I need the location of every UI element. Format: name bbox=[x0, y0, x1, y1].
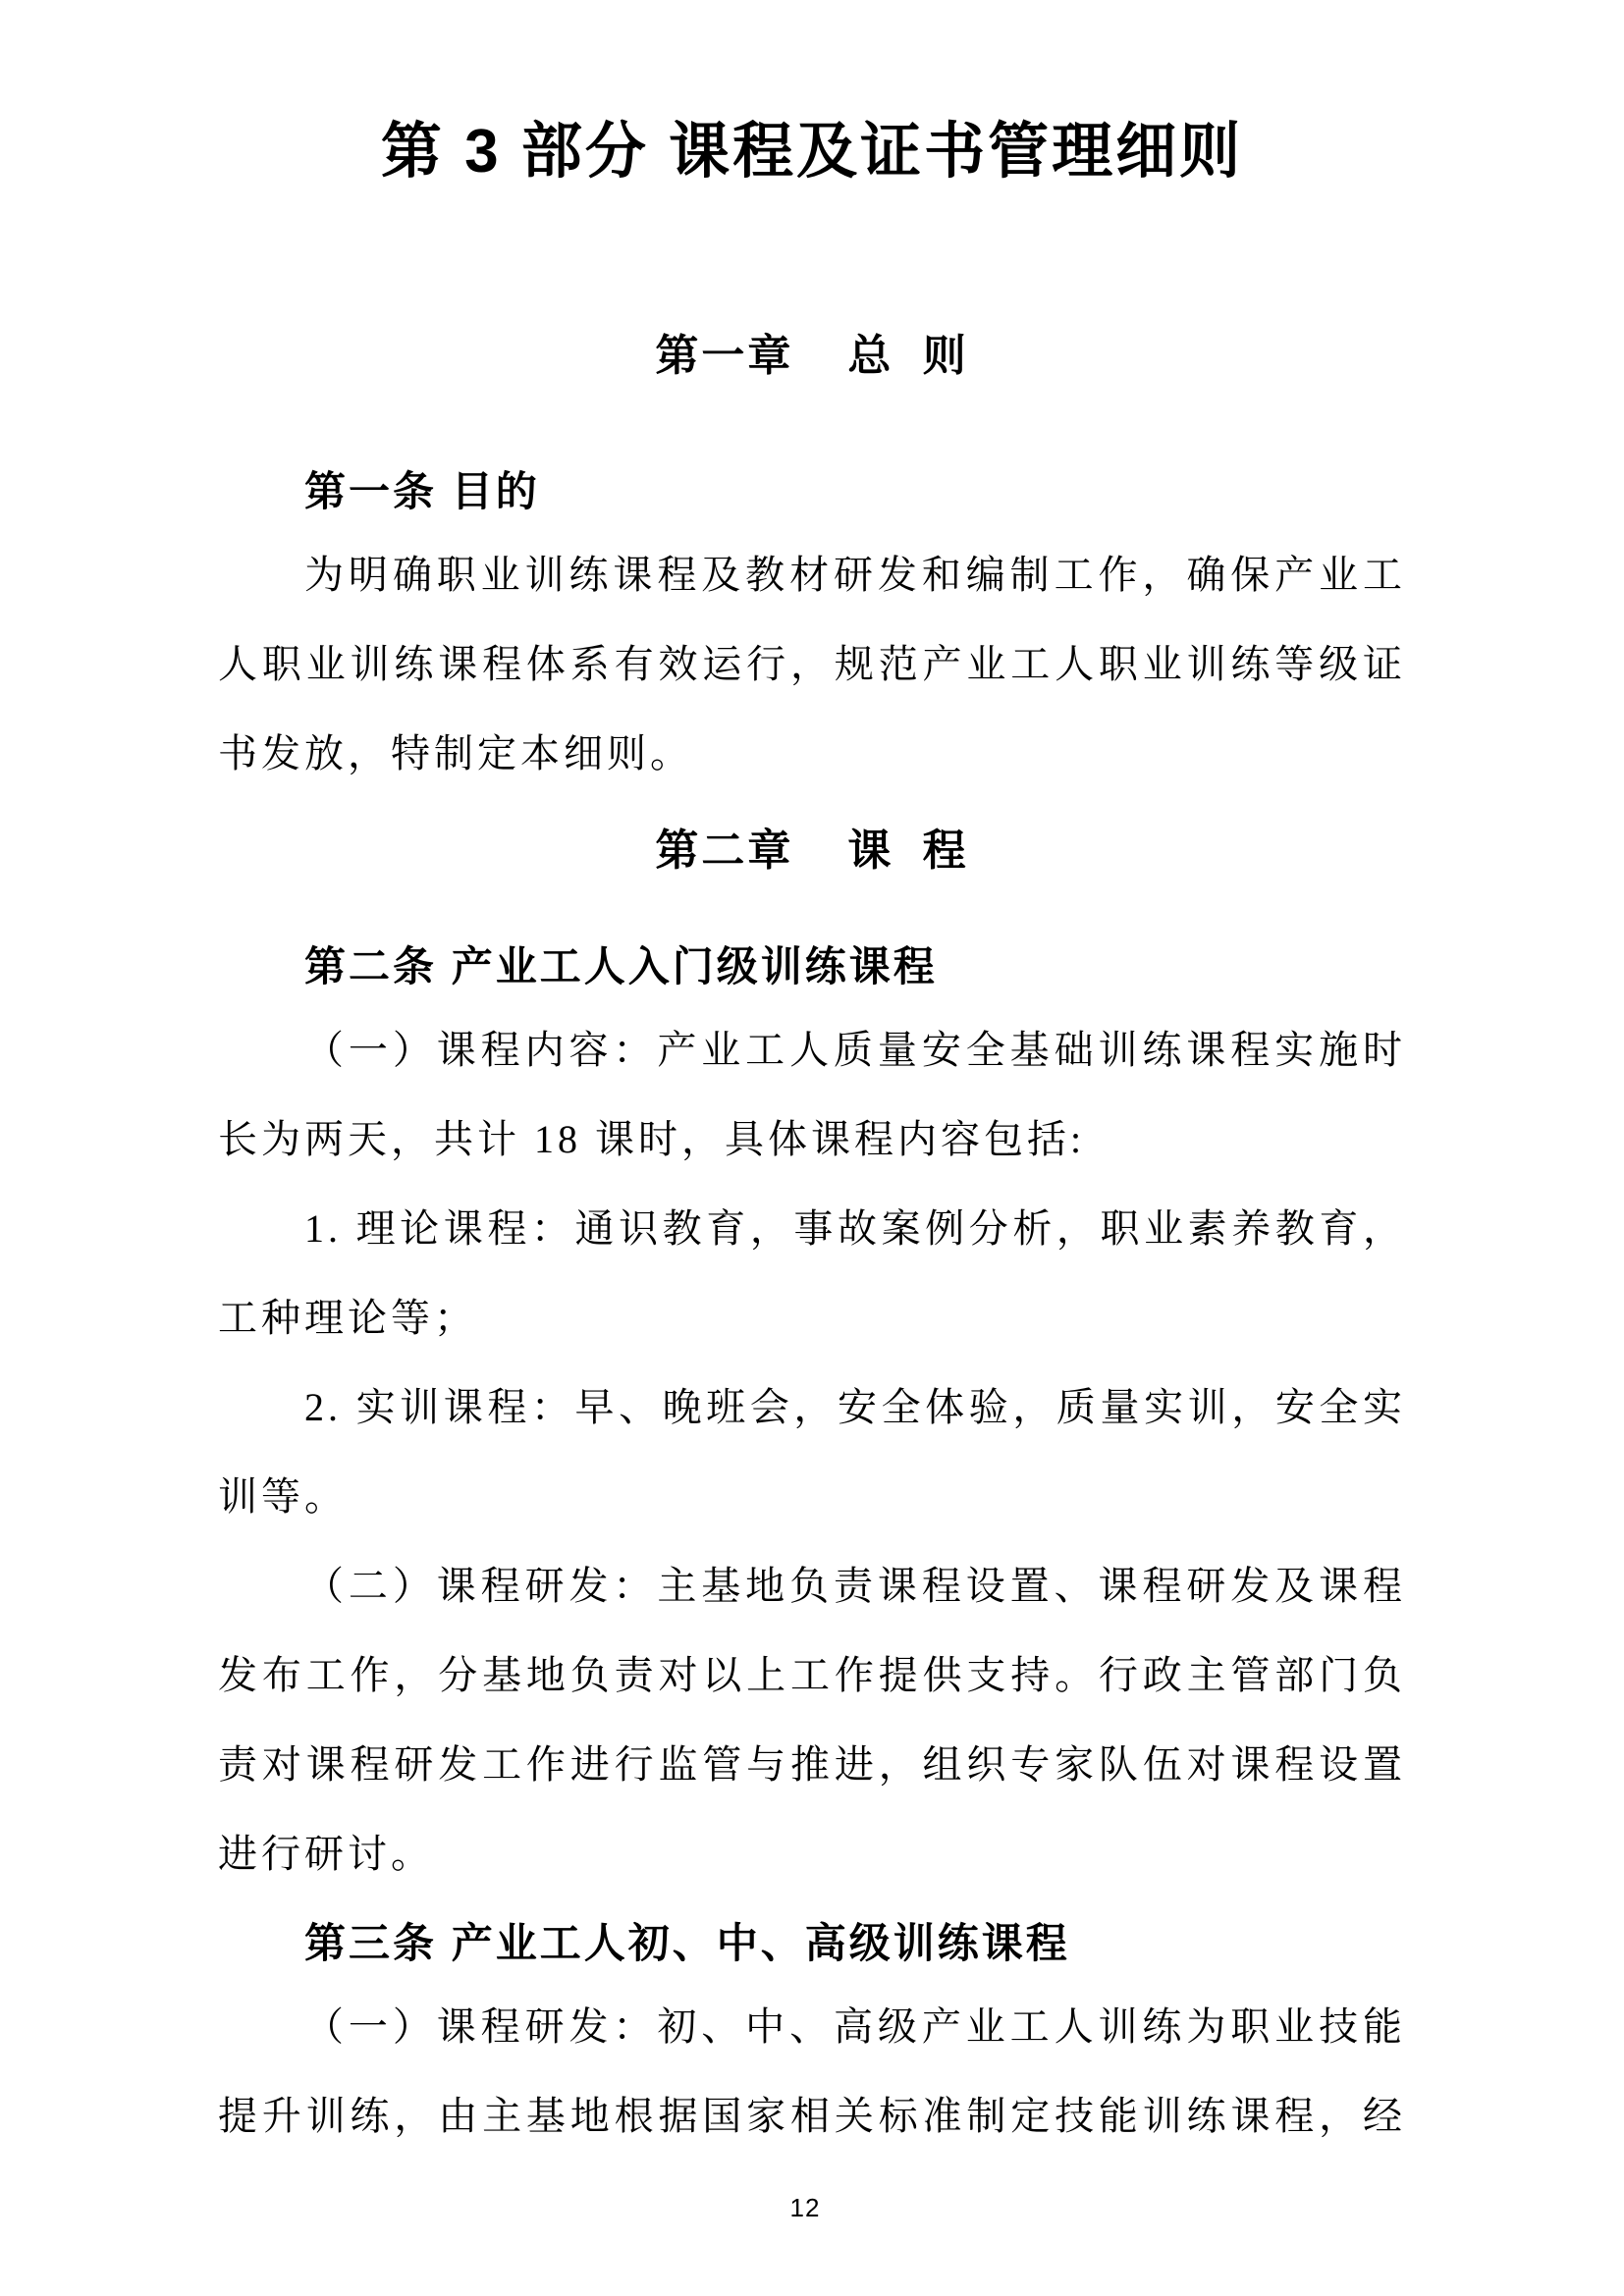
paragraph-purpose: 为明确职业训练课程及教材研发和编制工作，确保产业工 人职业训练课程体系有效运行，… bbox=[218, 530, 1406, 798]
body-line: 1. 理论课程：通识教育，事故案例分析，职业素养教育， bbox=[218, 1184, 1406, 1273]
paragraph-practical-course: 2. 实训课程：早、晚班会，安全体验，质量实训，安全实 训等。 bbox=[218, 1362, 1406, 1541]
body-line: 长为两天，共计 18 课时，具体课程内容包括: bbox=[218, 1095, 1406, 1184]
paragraph-theory-course: 1. 理论课程：通识教育，事故案例分析，职业素养教育， 工种理论等； bbox=[218, 1184, 1406, 1362]
article-2-label: 第二条 bbox=[304, 943, 437, 989]
body-line: 进行研讨。 bbox=[218, 1809, 1406, 1898]
article-1-heading: 第一条 目的 bbox=[218, 464, 1406, 518]
body-line: 2. 实训课程：早、晚班会，安全体验，质量实训，安全实 bbox=[218, 1362, 1406, 1452]
article-2-heading: 第二条 产业工人入门级训练课程 bbox=[218, 939, 1406, 993]
body-line: 提升训练，由主基地根据国家相关标准制定技能训练课程，经 bbox=[218, 2071, 1406, 2161]
body-line: （一）课程研发：初、中、高级产业工人训练为职业技能 bbox=[218, 1982, 1406, 2071]
body-line: （一）课程内容：产业工人质量安全基础训练课程实施时 bbox=[218, 1005, 1406, 1095]
article-1-label: 第一条 bbox=[304, 468, 437, 514]
body-line: 责对课程研发工作进行监管与推进，组织专家队伍对课程设置 bbox=[218, 1720, 1406, 1809]
article-3-heading: 第三条 产业工人初、中、高级训练课程 bbox=[218, 1916, 1406, 1970]
body-line: 发布工作，分基地负责对以上工作提供支持。行政主管部门负 bbox=[218, 1630, 1406, 1720]
chapter-1-title: 总 则 bbox=[847, 332, 968, 380]
chapter-2-label: 第二章 bbox=[655, 827, 793, 875]
body-line: （二）课程研发：主基地负责课程设置、课程研发及课程 bbox=[218, 1541, 1406, 1630]
paragraph-course-development: （二）课程研发：主基地负责课程设置、课程研发及课程 发布工作，分基地负责对以上工… bbox=[218, 1541, 1406, 1898]
paragraph-advanced-course-development: （一）课程研发：初、中、高级产业工人训练为职业技能 提升训练，由主基地根据国家相… bbox=[218, 1982, 1406, 2161]
article-3-label: 第三条 bbox=[304, 1920, 437, 1966]
body-line: 人职业训练课程体系有效运行，规范产业工人职业训练等级证 bbox=[218, 619, 1406, 709]
article-3-title: 产业工人初、中、高级训练课程 bbox=[452, 1920, 1070, 1966]
article-2-title: 产业工人入门级训练课程 bbox=[452, 943, 938, 989]
document-page: 第 3 部分 课程及证书管理细则 第一章总 则 第一条 目的 为明确职业训练课程… bbox=[0, 0, 1624, 2296]
body-line: 训等。 bbox=[218, 1452, 1406, 1541]
chapter-2-title: 课 程 bbox=[847, 827, 968, 875]
chapter-1-heading: 第一章总 则 bbox=[218, 329, 1406, 384]
body-line: 工种理论等； bbox=[218, 1273, 1406, 1362]
body-line: 为明确职业训练课程及教材研发和编制工作，确保产业工 bbox=[218, 530, 1406, 619]
document-title: 第 3 部分 课程及证书管理细则 bbox=[218, 113, 1406, 191]
article-1-title: 目的 bbox=[452, 468, 540, 514]
page-number: 12 bbox=[0, 2191, 1610, 2224]
body-line: 书发放，特制定本细则。 bbox=[218, 709, 1406, 798]
chapter-1-label: 第一章 bbox=[655, 332, 793, 380]
chapter-2-heading: 第二章课 程 bbox=[218, 824, 1406, 879]
paragraph-course-content: （一）课程内容：产业工人质量安全基础训练课程实施时 长为两天，共计 18 课时，… bbox=[218, 1005, 1406, 1184]
